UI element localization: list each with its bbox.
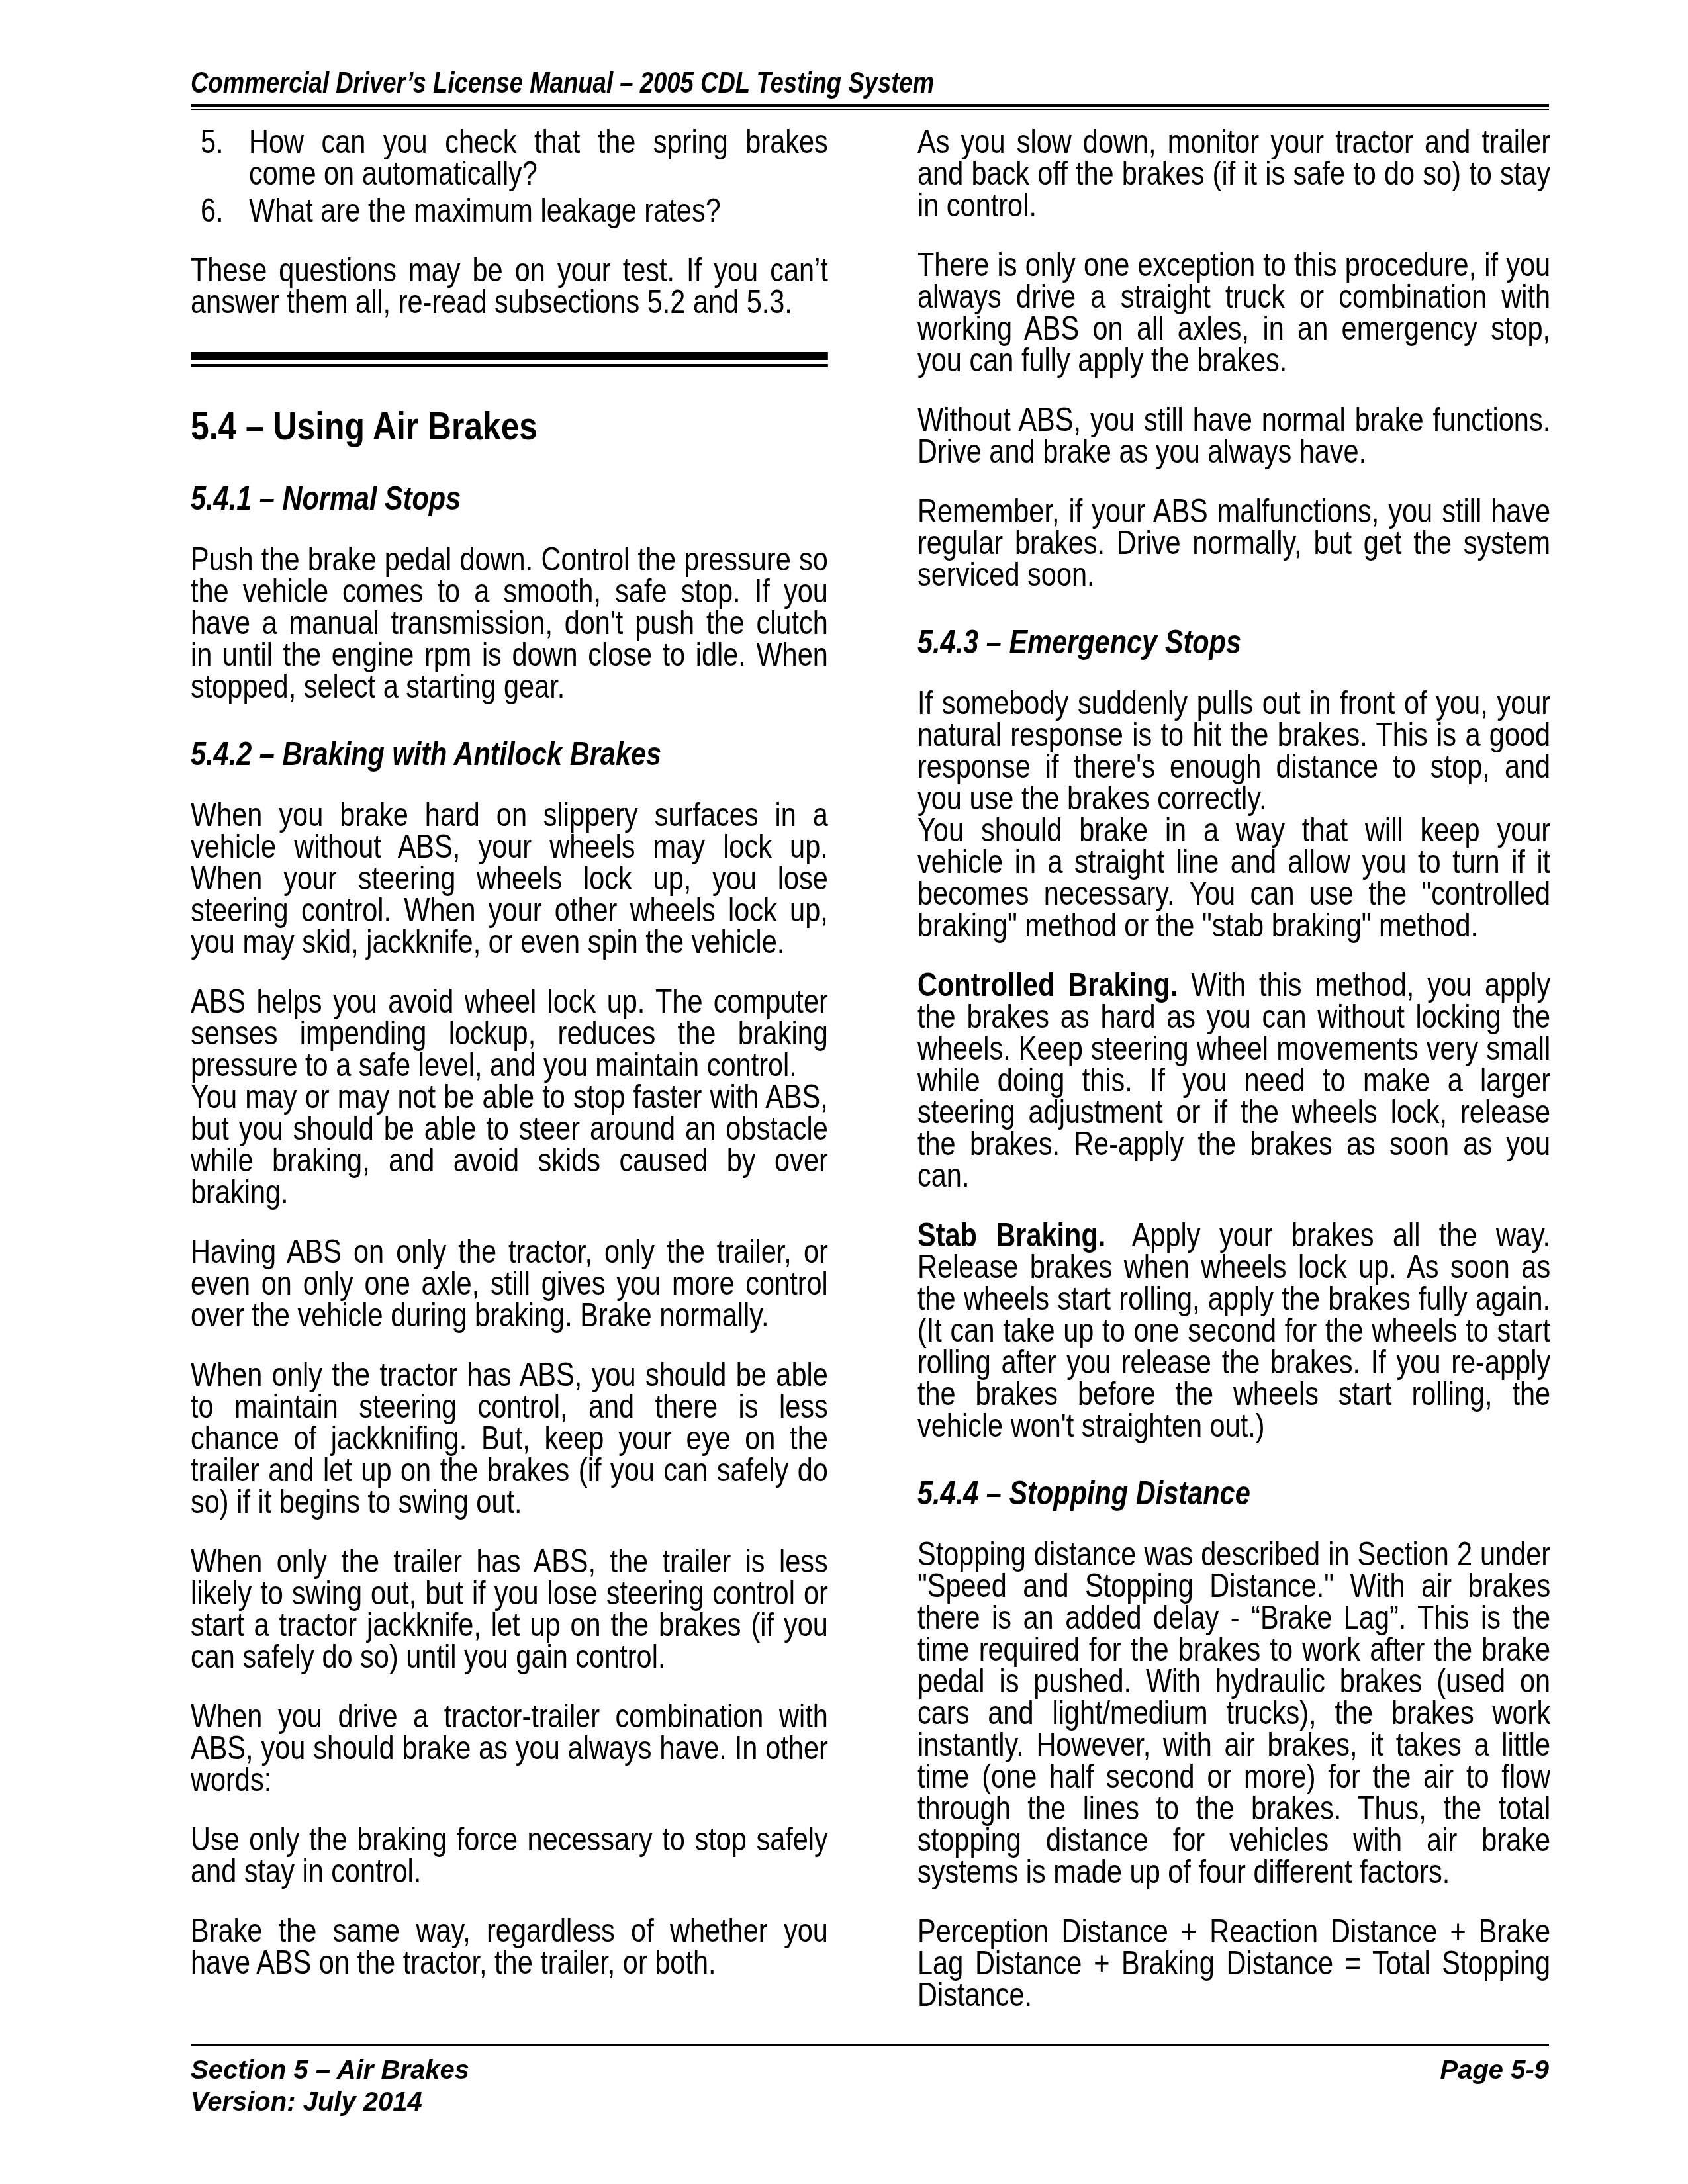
paragraph: You should brake in a way that will keep…: [917, 814, 1550, 941]
footer-section: Section 5 – Air Brakes: [191, 2054, 469, 2086]
paragraph: There is only one exception to this proc…: [917, 249, 1550, 376]
right-column: As you slow down, monitor your tractor a…: [917, 126, 1550, 2011]
paragraph: Use only the braking force necessary to …: [191, 1823, 828, 1887]
paragraph: Push the brake pedal down. Control the p…: [191, 543, 828, 702]
paragraph: Remember, if your ABS malfunctions, you …: [917, 495, 1550, 590]
paragraph: Stopping distance was described in Secti…: [917, 1538, 1550, 1888]
list-item-text: What are the maximum leakage rates?: [249, 192, 721, 229]
manual-page: Commercial Driver’s License Manual – 200…: [0, 0, 1688, 2184]
footer-page-number: Page 5-9: [887, 2054, 1549, 2086]
paragraph: If somebody suddenly pulls out in front …: [917, 687, 1550, 814]
left-column: 5. How can you check that the spring bra…: [191, 126, 828, 1978]
paragraph: ABS helps you avoid wheel lock up. The c…: [191, 985, 828, 1081]
footer-version: Version: July 2014: [191, 2086, 469, 2118]
footer-rule: [191, 2044, 1549, 2048]
controlled-braking-text: With this method, you apply the brakes a…: [917, 966, 1550, 1194]
paragraph: When only the tractor has ABS, you shoul…: [191, 1359, 828, 1518]
list-item-number: 5.: [201, 126, 224, 158]
list-item-number: 6.: [201, 195, 224, 226]
paragraph: Without ABS, you still have normal brake…: [917, 404, 1550, 467]
right-column-text: As you slow down, monitor your tractor a…: [917, 126, 1550, 2011]
paragraph: Brake the same way, regardless of whethe…: [191, 1915, 828, 1978]
subsection-heading-543: 5.4.3 – Emergency Stops: [917, 625, 1550, 659]
paragraph: Perception Distance + Reaction Distance …: [917, 1915, 1550, 2011]
paragraph: When you brake hard on slippery surfaces…: [191, 799, 828, 958]
footer-left: Section 5 – Air Brakes Version: July 201…: [191, 2054, 469, 2118]
paragraph: Having ABS on only the tractor, only the…: [191, 1236, 828, 1331]
subsection-heading-544: 5.4.4 – Stopping Distance: [917, 1476, 1550, 1510]
stab-braking-text: Apply your brakes all the way. Release b…: [917, 1216, 1550, 1444]
left-column-text: 5. How can you check that the spring bra…: [191, 126, 828, 1978]
stab-braking-paragraph: Stab Braking. Apply your brakes all the …: [917, 1219, 1550, 1441]
review-question-list: 5. How can you check that the spring bra…: [191, 126, 828, 226]
list-item: 6. What are the maximum leakage rates?: [191, 195, 828, 226]
subsection-heading-542: 5.4.2 – Braking with Antilock Brakes: [191, 737, 828, 771]
section-heading-54: 5.4 – Using Air Brakes: [191, 406, 828, 447]
list-item: 5. How can you check that the spring bra…: [191, 126, 828, 189]
page-title: Commercial Driver’s License Manual – 200…: [191, 66, 905, 101]
section-divider-rule: [191, 352, 828, 367]
note-paragraph: These questions may be on your test. If …: [191, 254, 828, 318]
paragraph: When only the trailer has ABS, the trail…: [191, 1545, 828, 1672]
subsection-heading-541: 5.4.1 – Normal Stops: [191, 481, 828, 516]
paragraph: As you slow down, monitor your tractor a…: [917, 126, 1550, 221]
paragraph: When you drive a tractor-trailer combina…: [191, 1700, 828, 1796]
paragraph: You may or may not be able to stop faste…: [191, 1081, 828, 1208]
header-rule: [191, 104, 1549, 110]
controlled-braking-paragraph: Controlled Braking. With this method, yo…: [917, 969, 1550, 1191]
list-item-text: How can you check that the spring brakes…: [249, 123, 828, 192]
page-header: Commercial Driver’s License Manual – 200…: [191, 66, 1549, 101]
